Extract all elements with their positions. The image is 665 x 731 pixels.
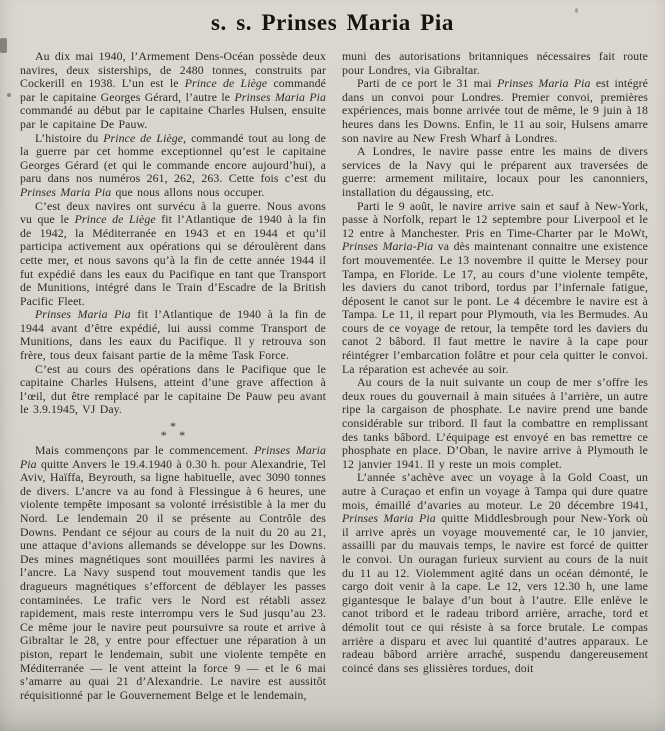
two-column-text-layout: Au dix mai 1940, l’Armement Dens-Océan p… [20, 50, 648, 702]
ship-name-italic: Prince de Liège [185, 76, 268, 90]
scanned-document-page: s. s. Prinses Maria Pia Au dix mai 1940,… [0, 0, 665, 731]
ship-name-italic: Prinses Maria Pia [35, 307, 131, 321]
text-run: Parti de ce port le 31 mai [357, 76, 497, 90]
text-run: C’est au cours des opérations dans le Pa… [20, 362, 326, 417]
text-run: que nous allons nous occuper. [111, 185, 264, 199]
scan-artifact [7, 93, 11, 97]
text-run: quitte Middlesbrough pour New-York où il… [342, 511, 648, 675]
scan-artifact [0, 38, 7, 53]
ship-name-italic: Prinses Maria-Pia [342, 239, 433, 253]
paragraph: Au dix mai 1940, l’Armement Dens-Océan p… [20, 50, 326, 132]
text-run: Au cours de la nuit suivante un coup de … [342, 375, 648, 471]
ship-name-italic: Prince de Liège [75, 212, 156, 226]
text-run: quitte Anvers le 19.4.1940 à 0.30 h. pou… [20, 457, 326, 702]
paragraph: Parti de ce port le 31 mai Prinses Maria… [342, 77, 648, 145]
ship-name-italic: Prinses Maria Pia [342, 511, 436, 525]
text-run: Parti le 9 août, le navire arrive sain e… [342, 199, 648, 240]
paragraph: L’histoire du Prince de Liège, commandé … [20, 132, 326, 200]
text-run: L’histoire du [35, 131, 103, 145]
ship-name-italic: Prinses Maria Pia [235, 90, 327, 104]
left-text-column: Au dix mai 1940, l’Armement Dens-Océan p… [20, 50, 326, 702]
paragraph: C’est au cours des opérations dans le Pa… [20, 363, 326, 417]
ship-name-italic: Prinses Maria Pia [497, 76, 590, 90]
paragraph: A Londres, le navire passe entre les mai… [342, 145, 648, 199]
text-run: A Londres, le navire passe entre les mai… [342, 144, 648, 199]
text-run: va dès maintenant connaitre une existenc… [342, 239, 648, 375]
text-run: Mais commençons par le commencement. [35, 443, 254, 457]
text-run: commandé au début par le capitaine Charl… [20, 103, 326, 131]
ship-name-italic: Prinses Maria Pia [20, 185, 111, 199]
paragraph: Parti le 9 août, le navire arrive sain e… [342, 200, 648, 377]
paragraph: Mais commençons par le commencement. Pri… [20, 444, 326, 702]
paragraph: L’année s’achève avec un voyage à la Gol… [342, 471, 648, 675]
paragraph: Prinses Maria Pia fit l’Atlantique de 19… [20, 308, 326, 362]
paragraph: C’est deux navires ont survécu à la guer… [20, 200, 326, 309]
ship-name-italic: Prince de Liège [103, 131, 183, 145]
paragraph: Au cours de la nuit suivante un coup de … [342, 376, 648, 471]
paragraph: muni des autorisations britanniques néce… [342, 50, 648, 77]
scan-artifact [575, 8, 578, 13]
right-text-column: muni des autorisations britanniques néce… [342, 50, 648, 702]
section-divider-asterism: ** * [20, 417, 326, 444]
text-run: fit l’Atlantique de 1940 à la fin de 194… [20, 212, 326, 308]
page-title: s. s. Prinses Maria Pia [0, 0, 665, 36]
text-run: L’année s’achève avec un voyage à la Gol… [342, 470, 648, 511]
text-run: muni des autorisations britanniques néce… [342, 49, 648, 77]
